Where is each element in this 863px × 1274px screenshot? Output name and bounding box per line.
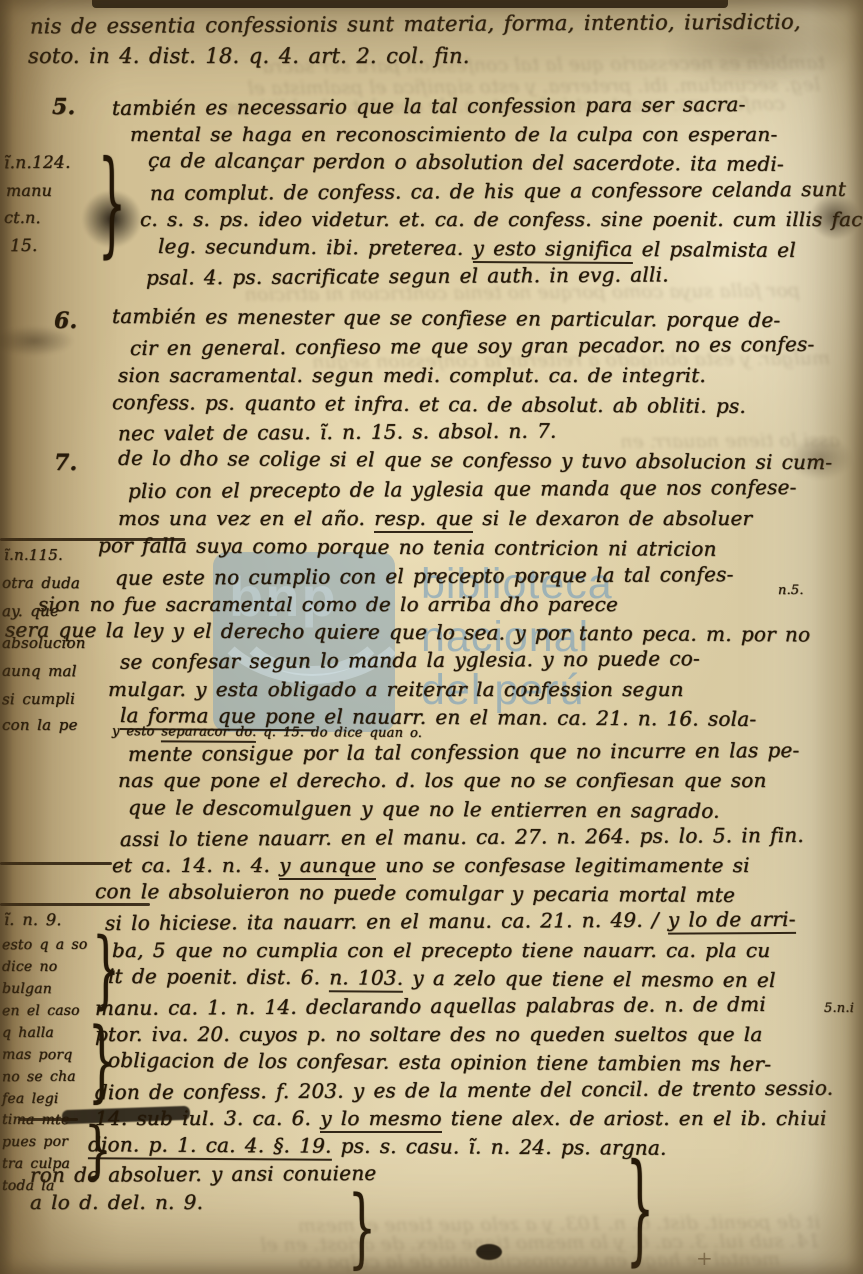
manuscript-line: manu. ca. 1. n. 14. declarando aquellas …: [95, 994, 766, 1018]
underlined-phrase: y esto significa: [473, 236, 633, 264]
margin-rule: [0, 538, 185, 541]
underlined-phrase: dion. p. 1. ca. 4. §. 19.: [88, 1132, 332, 1160]
margin-note-left: mas porq: [2, 1048, 72, 1062]
manuscript-line: c. s. s. ps. ideo videtur. et. ca. de co…: [140, 209, 863, 229]
margin-note-left: si cumpli: [2, 692, 75, 707]
manuscript-line: dion. p. 1. ca. 4. §. 19. ps. s. casu. ĩ…: [88, 1134, 667, 1158]
margin-note-left: absolucion: [2, 636, 86, 651]
manuscript-line: sera que la ley y el derecho quiere que …: [5, 620, 810, 645]
manuscript-line: assi lo tiene nauarr. en el manu. ca. 27…: [120, 825, 804, 849]
curly-brace: }: [98, 148, 126, 262]
margin-note-left: ct.n.: [4, 210, 41, 226]
margin-note-left: pues por: [2, 1135, 68, 1149]
margin-note-left: ay. que: [2, 604, 59, 619]
manuscript-line: mulgar. y esta obligado a reiterar la co…: [108, 679, 684, 699]
curly-brace: }: [92, 928, 120, 1012]
manuscript-line: ba, 5 que no cumplia con el precepto tie…: [112, 940, 770, 960]
manuscript-line: 14. sub iul. 3. ca. 6. y lo mesmo tiene …: [95, 1108, 827, 1128]
manuscript-line: plio con el precepto de la yglesia que m…: [128, 477, 797, 501]
underlined-phrase: separacor do.: [161, 724, 256, 743]
margin-rule: [0, 862, 112, 865]
manuscript-line: leg. secundum. ibi. preterea. y esto sig…: [158, 236, 796, 260]
manuscript-line: mente consigue por la tal confession que…: [128, 740, 800, 764]
paragraph-number: 7.: [54, 452, 77, 474]
manuscript-page: también es necessario que la tal confess…: [0, 0, 863, 1274]
manuscript-line: mental se haga en reconoscimiento de la …: [130, 124, 777, 144]
margin-note-left: q halla: [2, 1026, 54, 1040]
underlined-phrase: y lo mesmo: [320, 1106, 442, 1133]
margin-note-left: toda la: [2, 1179, 55, 1193]
margin-note-left: tra culpa: [2, 1157, 70, 1171]
manuscript-line: it de poenit. dist. 6. n. 103. y a zelo …: [108, 966, 776, 990]
manuscript-line: sion sacramental. segun medi. complut. c…: [118, 365, 706, 385]
margin-note-left: en el caso: [2, 1004, 80, 1018]
bleedthrough-line: 14. sub iul. 3. ca. 6. y lo mesmo tiene …: [260, 1232, 820, 1255]
header-citation-line: soto. in 4. dist. 18. q. 4. art. 2. col.…: [28, 46, 470, 67]
manuscript-line: na complut. de confess. ca. de his que a…: [150, 179, 846, 203]
manuscript-line: ça de alcançar perdon o absolution del s…: [148, 150, 784, 174]
manuscript-line: con le absoluieron no puede comulgar y p…: [95, 881, 735, 905]
margin-note-right: 5.n.i: [824, 1002, 854, 1015]
manuscript-line: dion de confess. f. 203. y es de la ment…: [95, 1078, 833, 1103]
margin-note-left: dice no: [2, 960, 57, 974]
manuscript-line: que este no cumplio con el precepto porq…: [115, 564, 734, 588]
curly-brace: }: [626, 1150, 654, 1270]
margin-note-left: 15.: [10, 238, 38, 255]
margin-note-left: ĩ. n. 9.: [4, 912, 62, 928]
manuscript-line: ptor. iva. 20. cuyos p. no soltare des n…: [95, 1024, 763, 1044]
manuscript-line: ron de absoluer. y ansi conuiene: [30, 1163, 377, 1185]
manuscript-line: nec valet de casu. ĩ. n. 15. s. absol. n…: [118, 421, 557, 444]
ink-dot: [476, 1244, 502, 1260]
manuscript-line: et ca. 14. n. 4. y aunque uno se confesa…: [112, 855, 750, 875]
header-citation-line: nis de essentia confessionis sunt materi…: [30, 12, 801, 38]
curly-brace: }: [84, 1120, 112, 1182]
manuscript-line: nas que pone el derecho. d. los que no s…: [118, 770, 767, 790]
margin-note-left: otra duda: [2, 576, 80, 591]
margin-note-left: bulgan: [2, 982, 52, 996]
interlinear-insert-line: y esto separacor do. q. 15. do dice quan…: [112, 725, 422, 740]
manuscript-line: a lo d. del. n. 9.: [30, 1192, 203, 1212]
curly-brace: }: [348, 1186, 376, 1272]
margin-note-left: manu: [6, 183, 52, 199]
paragraph-number: 5.: [52, 96, 76, 118]
underlined-phrase: y aunque: [279, 853, 376, 880]
manuscript-line: sion no fue sacramental como de lo arrib…: [38, 594, 618, 614]
margin-note-left: aunq mal: [2, 664, 77, 679]
manuscript-line: de lo dho se colige si el que se confess…: [118, 448, 832, 472]
underlined-phrase: n. 103.: [329, 965, 403, 992]
margin-note-left: ĩ.n.115.: [4, 548, 63, 563]
manuscript-line: se confesar segun lo manda la yglesia. y…: [120, 648, 700, 672]
margin-note-left: no se cha: [2, 1070, 76, 1084]
manuscript-line: confess. ps. quanto et infra. et ca. de …: [112, 392, 746, 416]
manuscript-line: también es necessario que la tal confess…: [112, 94, 746, 118]
underlined-phrase: y lo de arri-: [668, 907, 796, 935]
margin-note-left: esto q a so: [2, 938, 88, 953]
manuscript-line: si lo hiciese. ita nauarr. en el manu. c…: [105, 909, 796, 933]
manuscript-line: también es menester que se confiese en p…: [112, 306, 781, 330]
margin-note-left: fea legi: [2, 1092, 59, 1106]
manuscript-line: por falla suya como porque no tenia cont…: [98, 535, 717, 559]
manuscript-line: psal. 4. ps. sacrificate segun el auth. …: [146, 264, 669, 287]
bleedthrough-line: it de poenit. dist. 6. n. 103. y a zelo …: [300, 1213, 820, 1236]
manuscript-line: mos una vez en el año. resp. que si le d…: [118, 508, 752, 528]
margin-note-left: ĩ.n.124.: [4, 155, 71, 172]
margin-note-left: con la pe: [2, 718, 78, 733]
paragraph-number: 6.: [54, 310, 77, 332]
manuscript-line: que le descomulguen y que no le entierre…: [128, 797, 720, 821]
curly-brace: }: [88, 1018, 116, 1106]
margin-rule: [18, 1118, 78, 1121]
manuscript-line: cir en general. confieso me que soy gran…: [130, 334, 815, 358]
margin-note-right: n.5.: [778, 584, 804, 597]
cross-mark: +: [696, 1246, 713, 1270]
manuscript-line: obligacion de los confesar. esta opinion…: [108, 1050, 771, 1074]
underlined-phrase: resp. que: [374, 506, 473, 533]
margin-rule: [0, 903, 150, 906]
ink-smudge-top: [92, 0, 728, 8]
